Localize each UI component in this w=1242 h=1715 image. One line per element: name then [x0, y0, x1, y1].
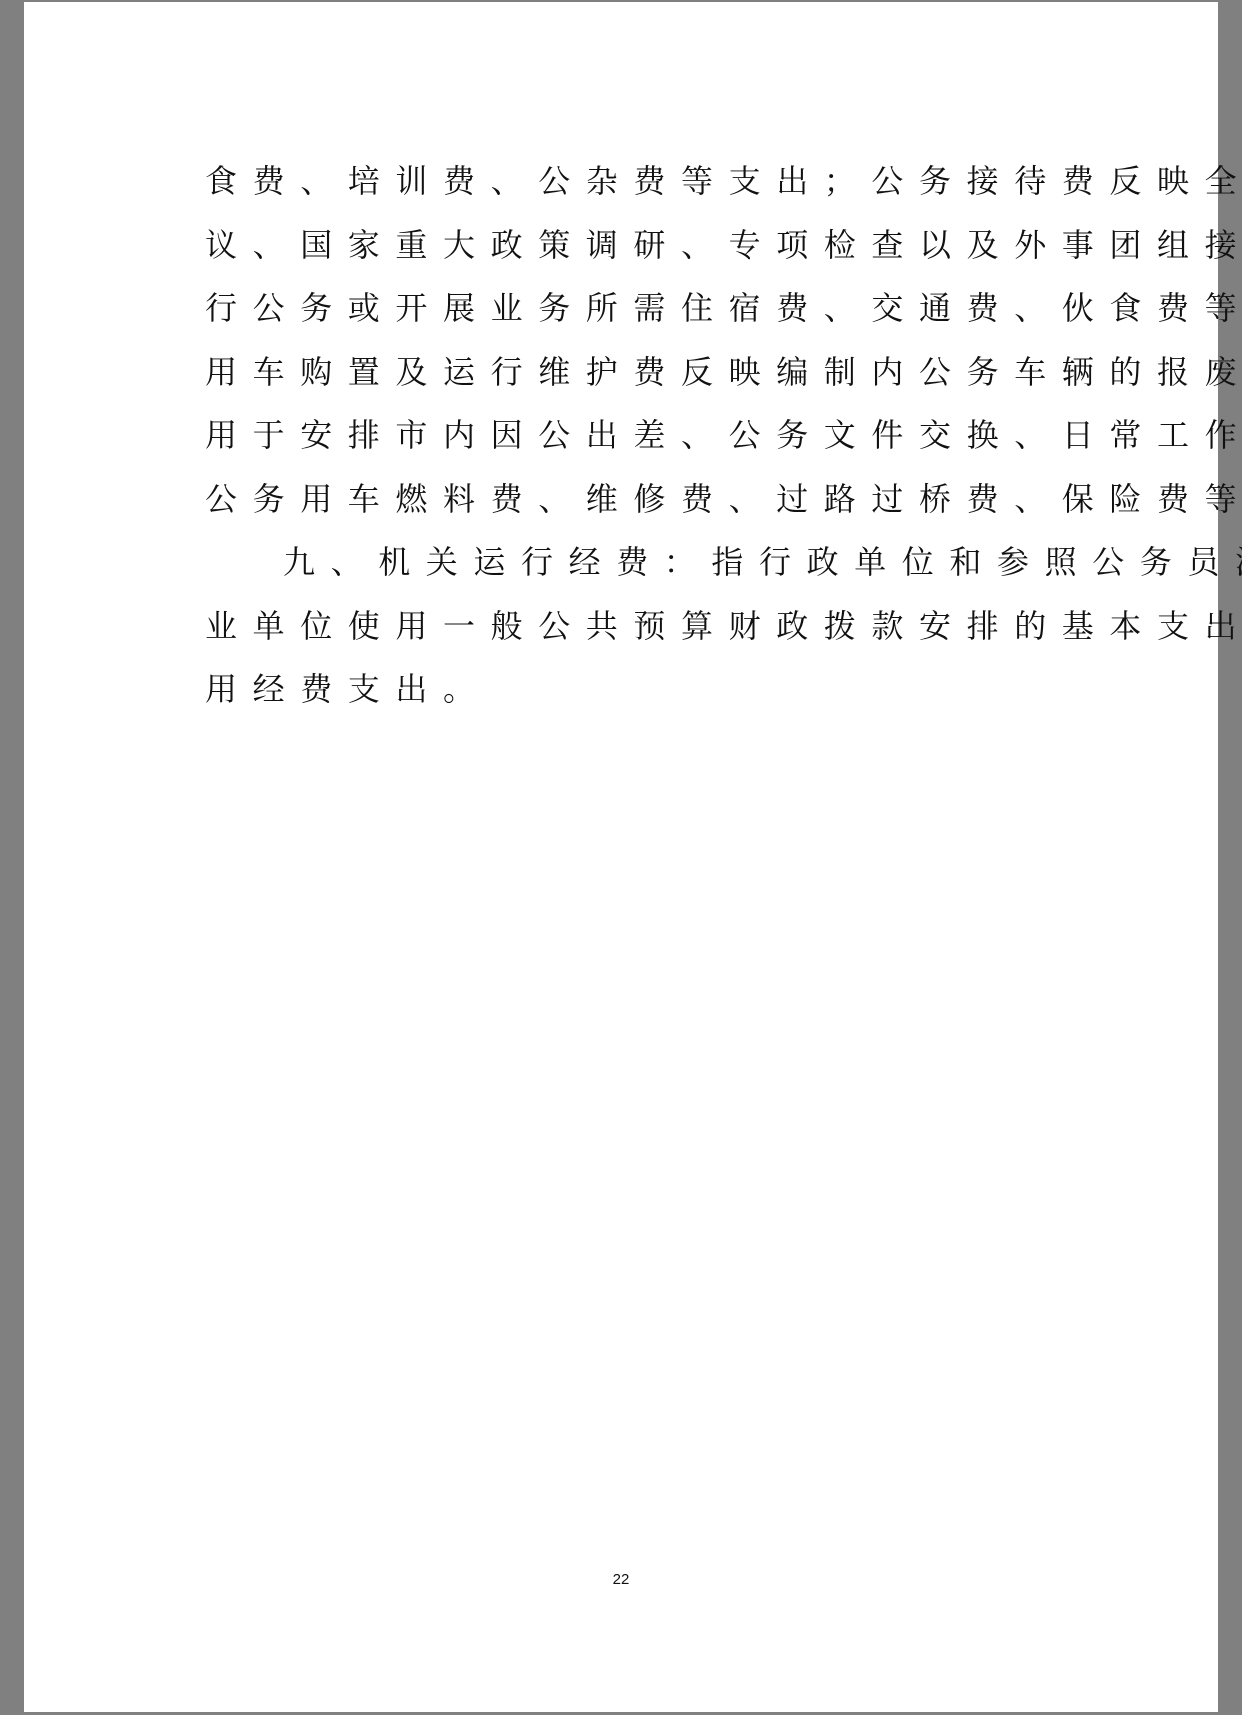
paragraph-2-line-3: 用经费支出。: [205, 658, 1045, 722]
body-text: 食费、培训费、公杂费等支出；公务接待费反映全国性专业会 议、国家重大政策调研、专…: [205, 150, 1045, 722]
paragraph-1-line-3: 行公务或开展业务所需住宿费、交通费、伙食费等支出；公务: [205, 277, 1045, 341]
paragraph-1-line-2: 议、国家重大政策调研、专项检查以及外事团组接待交流等执: [205, 214, 1045, 278]
paragraph-2-line-1: 九、机关运行经费：指行政单位和参照公务员法管理的事: [205, 531, 1045, 595]
paragraph-1-line-4: 用车购置及运行维护费反映编制内公务车辆的报废更新，以及: [205, 341, 1045, 405]
page-number: 22: [24, 1571, 1218, 1588]
paragraph-1-line-1: 食费、培训费、公杂费等支出；公务接待费反映全国性专业会: [205, 150, 1045, 214]
document-page: 食费、培训费、公杂费等支出；公务接待费反映全国性专业会 议、国家重大政策调研、专…: [24, 2, 1218, 1712]
paragraph-1-line-5: 用于安排市内因公出差、公务文件交换、日常工作开展等所需: [205, 404, 1045, 468]
paragraph-1-line-6: 公务用车燃料费、维修费、过路过桥费、保险费等支出。: [205, 468, 1045, 532]
paragraph-2-line-2: 业单位使用一般公共预算财政拨款安排的基本支出中的日常公: [205, 595, 1045, 659]
